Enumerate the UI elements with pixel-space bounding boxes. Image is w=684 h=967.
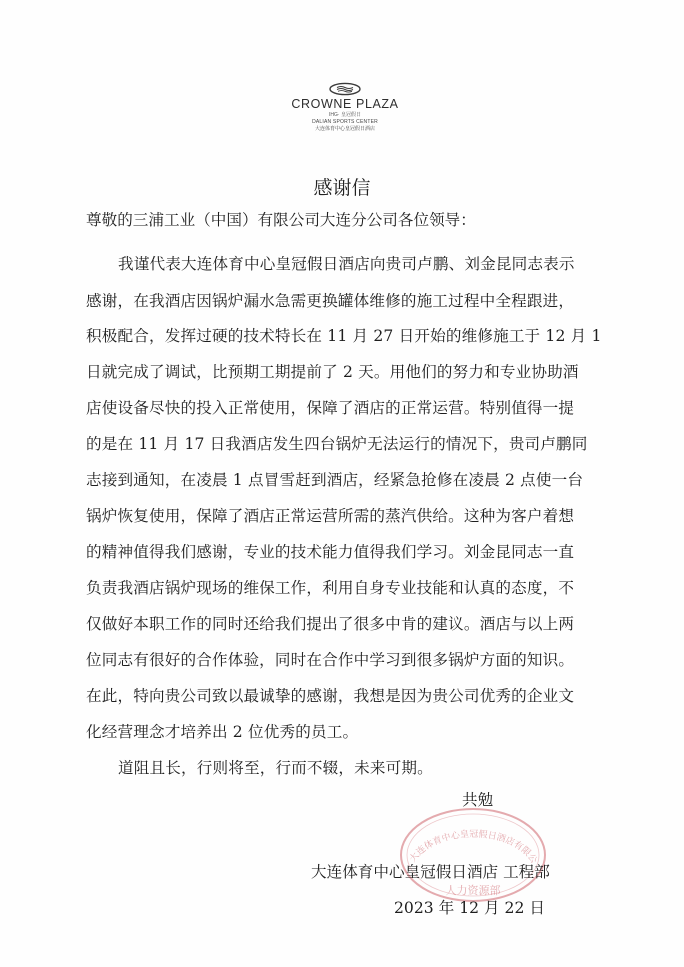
svg-text:人力资源部: 人力资源部 [446,883,501,897]
salutation: 尊敬的三浦工业（中国）有限公司大连分公司各位领导： [86,209,476,231]
body-line: 仅做好本职工作的同时还给我们提出了很多中肯的建议。酒店与以上两 [86,613,574,635]
body-line: 积极配合，发挥过硬的技术特长在 11 月 27 日开始的维修施工于 12 月 1 [86,325,602,347]
hotel-logo: CROWNE PLAZA IHG· 皇冠假日 DALIAN SPORTS CEN… [270,82,420,133]
body-line: 志接到通知，在凌晨 1 点冒雪赶到酒店，经紧急抢修在凌晨 2 点使一台 [86,469,583,491]
logo-subtitle-zh: 大连体育中心皇冠假日酒店 [270,126,420,133]
logo-brand-name: CROWNE PLAZA [270,97,420,111]
letter-title: 感谢信 [0,176,684,200]
logo-ihg-line: IHG· 皇冠假日 [270,112,420,119]
body-line: 负责我酒店锅炉现场的维保工作，利用自身专业技能和认真的态度，不 [86,577,574,599]
body-line: 店使设备尽快的投入正常使用，保障了酒店的正常运营。特别值得一提 [86,397,574,419]
crown-emblem-icon [328,82,362,96]
body-line: 的是在 11 月 17 日我酒店发生四台锅炉无法运行的情况下，贵司卢鹏同 [86,433,588,455]
body-line: 感谢，在我酒店因锅炉漏水急需更换罐体维修的施工过程中全程跟进， [86,290,574,312]
logo-subtitle-en: DALIAN SPORTS CENTER [270,119,420,126]
closing-line: 道阻且长，行则将至，行而不辍，未来可期。 [118,757,433,779]
official-seal-icon: 大连体育中心皇冠假日酒店有限公司 人力资源部 [398,806,548,904]
letter-page: CROWNE PLAZA IHG· 皇冠假日 DALIAN SPORTS CEN… [0,0,684,967]
body-line: 锅炉恢复使用，保障了酒店正常运营所需的蒸汽供给。这种为客户着想 [86,505,574,527]
body-line: 的精神值得我们感谢，专业的技术能力值得我们学习。刘金昆同志一直 [86,541,574,563]
body-line: 日就完成了调试，比预期工期提前了 2 天。用他们的努力和专业协助酒 [86,361,579,383]
svg-text:大连体育中心皇冠假日酒店有限公司: 大连体育中心皇冠假日酒店有限公司 [398,806,539,866]
letter-date: 2023 年 12 月 22 日 [394,897,545,919]
sign-off: 共勉 [462,789,493,811]
body-line: 我谨代表大连体育中心皇冠假日酒店向贵司卢鹏、刘金昆同志表示 [118,253,575,275]
signature: 大连体育中心皇冠假日酒店 工程部 [311,861,550,883]
body-line: 在此，特向贵公司致以最诚挚的感谢，我想是因为贵公司优秀的企业文 [86,685,574,707]
body-line: 化经营理念才培养出 2 位优秀的员工。 [86,721,358,743]
body-line: 位同志有很好的合作体验，同时在合作中学习到很多锅炉方面的知识。 [86,649,574,671]
